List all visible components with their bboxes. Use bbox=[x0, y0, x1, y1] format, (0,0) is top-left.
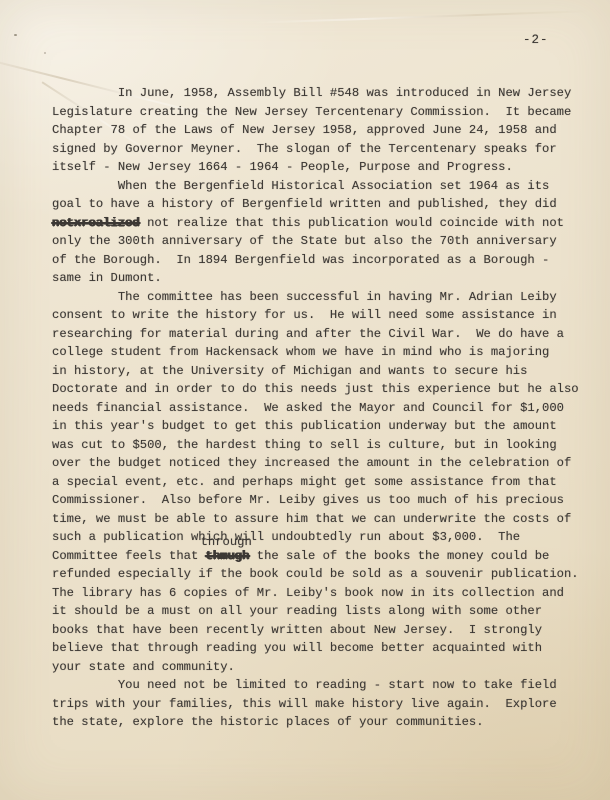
text-line: in this year's budget to get this public… bbox=[52, 417, 596, 436]
text-line: over the budget noticed they increased t… bbox=[52, 454, 596, 473]
text-line: goal to have a history of Bergenfield wr… bbox=[52, 195, 596, 214]
text-line: itself - New Jersey 1664 - 1964 - People… bbox=[52, 158, 596, 177]
text-line: a special event, etc. and perhaps might … bbox=[52, 473, 596, 492]
text-segment: of the Borough. In 1894 Bergenfield was … bbox=[52, 253, 549, 267]
text-segment: the state, explore the historic places o… bbox=[52, 715, 484, 729]
text-segment: same in Dumont. bbox=[52, 271, 162, 285]
text-line: such a publication which will undoubtedl… bbox=[52, 528, 596, 547]
text-segment: Doctorate and in order to do this needs … bbox=[52, 382, 579, 396]
text-line: trips with your families, this will make… bbox=[52, 695, 596, 714]
text-line: Doctorate and in order to do this needs … bbox=[52, 380, 596, 399]
text-line: college student from Hackensack whom we … bbox=[52, 343, 596, 362]
text-line: was cut to $500, the hardest thing to se… bbox=[52, 436, 596, 455]
text-segment: The committee has been successful in hav… bbox=[118, 290, 557, 304]
text-segment: When the Bergenfield Historical Associat… bbox=[118, 179, 550, 193]
text-line: same in Dumont. bbox=[52, 269, 596, 288]
text-segment: consent to write the history for us. He … bbox=[52, 308, 557, 322]
text-segment: signed by Governor Meyner. The slogan of… bbox=[52, 142, 557, 156]
text-segment: your state and community. bbox=[52, 660, 235, 674]
paper-speck bbox=[44, 52, 46, 54]
text-segment: such a publication which will undoubtedl… bbox=[52, 530, 520, 544]
text-segment: over the budget noticed they increased t… bbox=[52, 456, 571, 470]
text-segment: The library has 6 copies of Mr. Leiby's … bbox=[52, 586, 564, 600]
text-segment: Chapter 78 of the Laws of New Jersey 195… bbox=[52, 123, 557, 137]
text-line: signed by Governor Meyner. The slogan of… bbox=[52, 140, 596, 159]
text-segment: You need not be limited to reading - sta… bbox=[118, 678, 557, 692]
text-line: it should be a must on all your reading … bbox=[52, 602, 596, 621]
text-line: Chapter 78 of the Laws of New Jersey 195… bbox=[52, 121, 596, 140]
text-segment: time, we must be able to assure him that… bbox=[52, 512, 571, 526]
text-segment: In June, 1958, Assembly Bill #548 was in… bbox=[118, 86, 571, 100]
text-line: only the 300th anniversary of the State … bbox=[52, 232, 596, 251]
text-segment: believe that through reading you will be… bbox=[52, 641, 542, 655]
text-line: refunded especially if the book could be… bbox=[52, 565, 596, 584]
typed-correction: throughthmugh bbox=[206, 547, 250, 566]
overtyped-word: thmugh bbox=[206, 549, 250, 563]
text-segment: Legislature creating the New Jersey Terc… bbox=[52, 105, 571, 119]
text-line: notxrealized not realize that this publi… bbox=[52, 214, 596, 233]
text-line: needs financial assistance. We asked the… bbox=[52, 399, 596, 418]
text-segment: goal to have a history of Bergenfield wr… bbox=[52, 197, 557, 211]
text-line: The committee has been successful in hav… bbox=[52, 288, 596, 307]
text-segment: needs financial assistance. We asked the… bbox=[52, 401, 564, 415]
text-segment: Committee feels that bbox=[52, 549, 206, 563]
paper-crease bbox=[250, 10, 590, 24]
text-line: When the Bergenfield Historical Associat… bbox=[52, 177, 596, 196]
text-line: believe that through reading you will be… bbox=[52, 639, 596, 658]
document-text: In June, 1958, Assembly Bill #548 was in… bbox=[52, 84, 596, 732]
text-line: consent to write the history for us. He … bbox=[52, 306, 596, 325]
text-line: Commissioner. Also before Mr. Leiby give… bbox=[52, 491, 596, 510]
paper-speck bbox=[14, 34, 17, 36]
text-segment: the sale of the books the money could be bbox=[249, 549, 549, 563]
text-segment: a special event, etc. and perhaps might … bbox=[52, 475, 557, 489]
text-segment: in this year's budget to get this public… bbox=[52, 419, 557, 433]
text-line: of the Borough. In 1894 Bergenfield was … bbox=[52, 251, 596, 270]
text-segment: only the 300th anniversary of the State … bbox=[52, 234, 557, 248]
text-segment: books that have been recently written ab… bbox=[52, 623, 542, 637]
text-line: researching for material during and afte… bbox=[52, 325, 596, 344]
text-line: You need not be limited to reading - sta… bbox=[52, 676, 596, 695]
text-line: In June, 1958, Assembly Bill #548 was in… bbox=[52, 84, 596, 103]
text-segment: refunded especially if the book could be… bbox=[52, 567, 579, 581]
scanned-page: -2- In June, 1958, Assembly Bill #548 wa… bbox=[0, 0, 610, 800]
text-segment: Commissioner. Also before Mr. Leiby give… bbox=[52, 493, 564, 507]
text-line: time, we must be able to assure him that… bbox=[52, 510, 596, 529]
text-line: Committee feels that throughthmugh the s… bbox=[52, 547, 596, 566]
text-segment: trips with your families, this will make… bbox=[52, 697, 557, 711]
text-segment: it should be a must on all your reading … bbox=[52, 604, 542, 618]
text-line: the state, explore the historic places o… bbox=[52, 713, 596, 732]
page-number: -2- bbox=[523, 33, 549, 47]
inserted-word: through bbox=[201, 536, 252, 548]
text-segment: itself - New Jersey 1664 - 1964 - People… bbox=[52, 160, 513, 174]
text-line: books that have been recently written ab… bbox=[52, 621, 596, 640]
text-segment: college student from Hackensack whom we … bbox=[52, 345, 549, 359]
text-line: in history, at the University of Michiga… bbox=[52, 362, 596, 381]
text-line: Legislature creating the New Jersey Terc… bbox=[52, 103, 596, 122]
text-segment: not realize that this publication would … bbox=[140, 216, 564, 230]
text-line: The library has 6 copies of Mr. Leiby's … bbox=[52, 584, 596, 603]
text-segment: was cut to $500, the hardest thing to se… bbox=[52, 438, 557, 452]
text-segment: researching for material during and afte… bbox=[52, 327, 564, 341]
text-segment: in history, at the University of Michiga… bbox=[52, 364, 527, 378]
text-line: your state and community. bbox=[52, 658, 596, 677]
overtyped-word: notxrealized bbox=[52, 216, 140, 230]
